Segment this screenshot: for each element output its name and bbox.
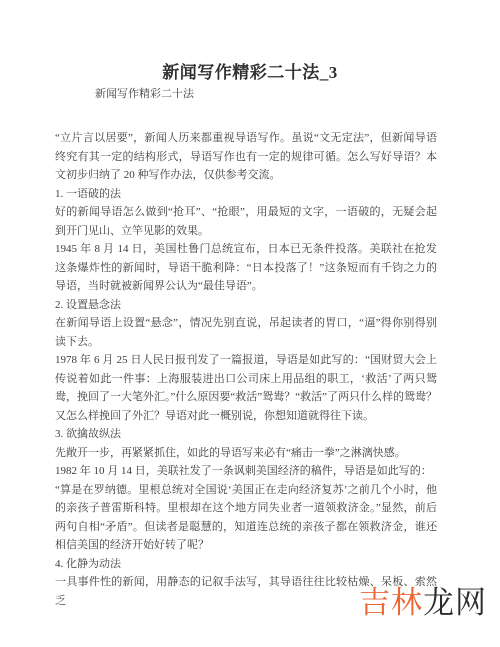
paragraph: “算是在罗纳德。里根总统对全国说‘美国正在走向经济复苏’之前几个小时，他的亲孩子… [55,481,437,555]
section-heading: 3. 欲擒故纵法 [55,425,437,444]
document-body: “立片言以居要”，新闻人历来都重视导语写作。虽说“文无定法”，但新闻导语终究有其… [55,129,437,610]
paragraph: 1978 年 6 月 25 日人民日报刊发了一篇报道，导语是如此写的：“国财贸大… [55,351,437,425]
document-page: 新闻写作精彩二十法_3 新闻写作精彩二十法 “立片言以居要”，新闻人历来都重视导… [0,0,500,647]
watermark-text-secondary: 龙网 [423,585,487,621]
paragraph: “立片言以居要”，新闻人历来都重视导语写作。虽说“文无定法”，但新闻导语终究有其… [55,129,437,185]
document-subtitle: 新闻写作精彩二十法 [95,85,194,101]
paragraph: 1945 年 8 月 14 日，美国杜鲁门总统宣布，日本已无条件投落。美联社在抢… [55,240,437,296]
paragraph: 先敞开一步，再紧紧抓住，如此的导语写来必有“痛击一拳”之淋漓快感。 [55,444,437,463]
watermark-text-primary: 吉林 [359,585,423,621]
section-heading: 4. 化静为动法 [55,555,437,574]
watermark: 吉林龙网 [359,588,487,619]
section-heading: 1. 一语破的法 [55,185,437,204]
section-heading: 2. 设置悬念法 [55,296,437,315]
document-title: 新闻写作精彩二十法_3 [0,58,500,83]
paragraph: 好的新闻导语怎么做到“抢耳”、“抢眼”，用最短的文字，一语破的，无疑会起到开门见… [55,203,437,240]
paragraph: 在新闻导语上设置“悬念”，情况先别直说，吊起读者的胃口，“逼”得你别得别读下去。 [55,314,437,351]
paragraph: 1982 年 10 月 14 日，美联社发了一条讽刺美国经济的稿件，导语是如此写… [55,462,437,481]
